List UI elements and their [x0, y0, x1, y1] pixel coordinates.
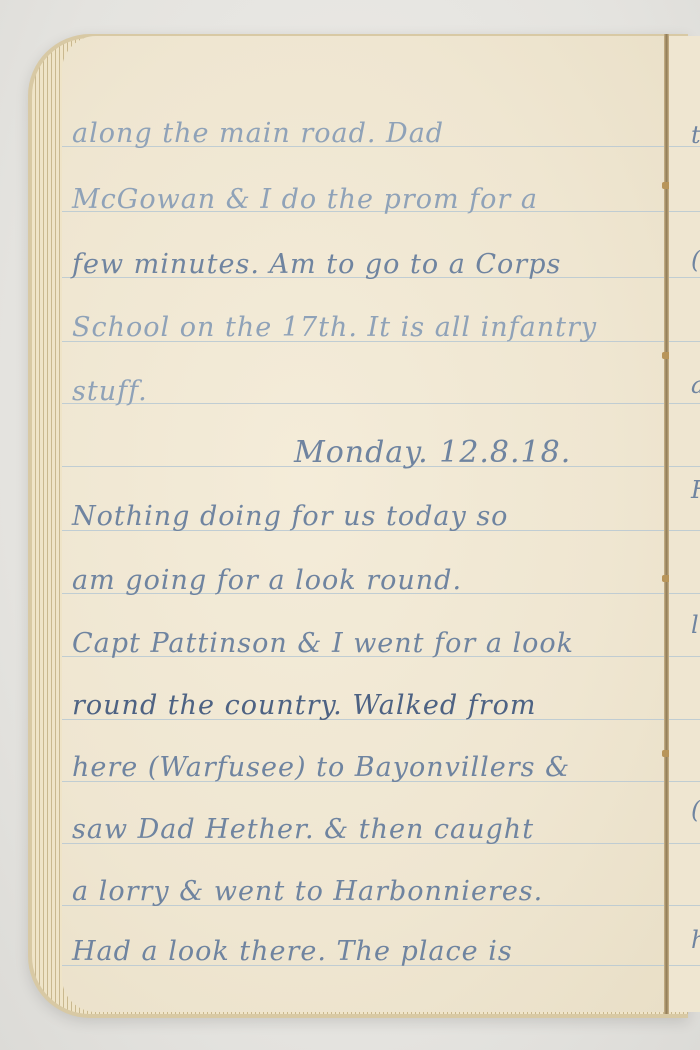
- handwritten-line: Capt Pattinson & I went for a look: [72, 630, 574, 657]
- ruled-line: [62, 403, 664, 404]
- facing-page-text-fragment: t: [691, 121, 700, 149]
- facing-page-text-fragment: h: [691, 926, 700, 954]
- ruled-line: [669, 211, 700, 212]
- facing-page-text-fragment: (: [691, 796, 700, 824]
- handwritten-line: here (Warfusee) to Bayonvillers &: [72, 754, 570, 781]
- handwritten-line: Had a look there. The place is: [72, 938, 513, 965]
- handwritten-line: saw Dad Hether. & then caught: [72, 816, 534, 843]
- ruled-line: [669, 905, 700, 906]
- ruled-line: [669, 781, 700, 782]
- facing-page-text-fragment: (: [691, 246, 700, 274]
- handwritten-line: am going for a look round.: [72, 567, 462, 594]
- handwritten-line: a lorry & went to Harbonnieres.: [72, 878, 543, 905]
- facing-page-edge: t ( a F l ( h: [669, 36, 700, 1012]
- ruled-line: [669, 656, 700, 657]
- ruled-line: [669, 341, 700, 342]
- handwritten-line: School on the 17th. It is all infantry: [72, 314, 597, 341]
- ruled-line: [669, 965, 700, 966]
- facing-page-text-fragment: a: [691, 371, 700, 399]
- handwritten-line: along the main road. Dad: [72, 120, 444, 147]
- handwritten-line: stuff.: [72, 378, 148, 405]
- facing-page-text-fragment: F: [691, 476, 700, 504]
- ruled-line: [669, 530, 700, 531]
- ruled-line: [669, 593, 700, 594]
- facing-page-text-fragment: l: [691, 611, 699, 639]
- ruled-line: [669, 466, 700, 467]
- diary-date-heading: Monday. 12.8.18.: [294, 438, 571, 468]
- notebook-page: along the main road. Dad McGowan & I do …: [62, 36, 664, 1012]
- handwritten-line: round the country. Walked from: [72, 692, 536, 719]
- handwritten-line: Nothing doing for us today so: [72, 503, 508, 530]
- handwritten-line: few minutes. Am to go to a Corps: [72, 251, 561, 278]
- ruled-line: [669, 719, 700, 720]
- ruled-line: [669, 843, 700, 844]
- handwritten-line: McGowan & I do the prom for a: [72, 186, 538, 213]
- ruled-line: [669, 277, 700, 278]
- ruled-line: [669, 403, 700, 404]
